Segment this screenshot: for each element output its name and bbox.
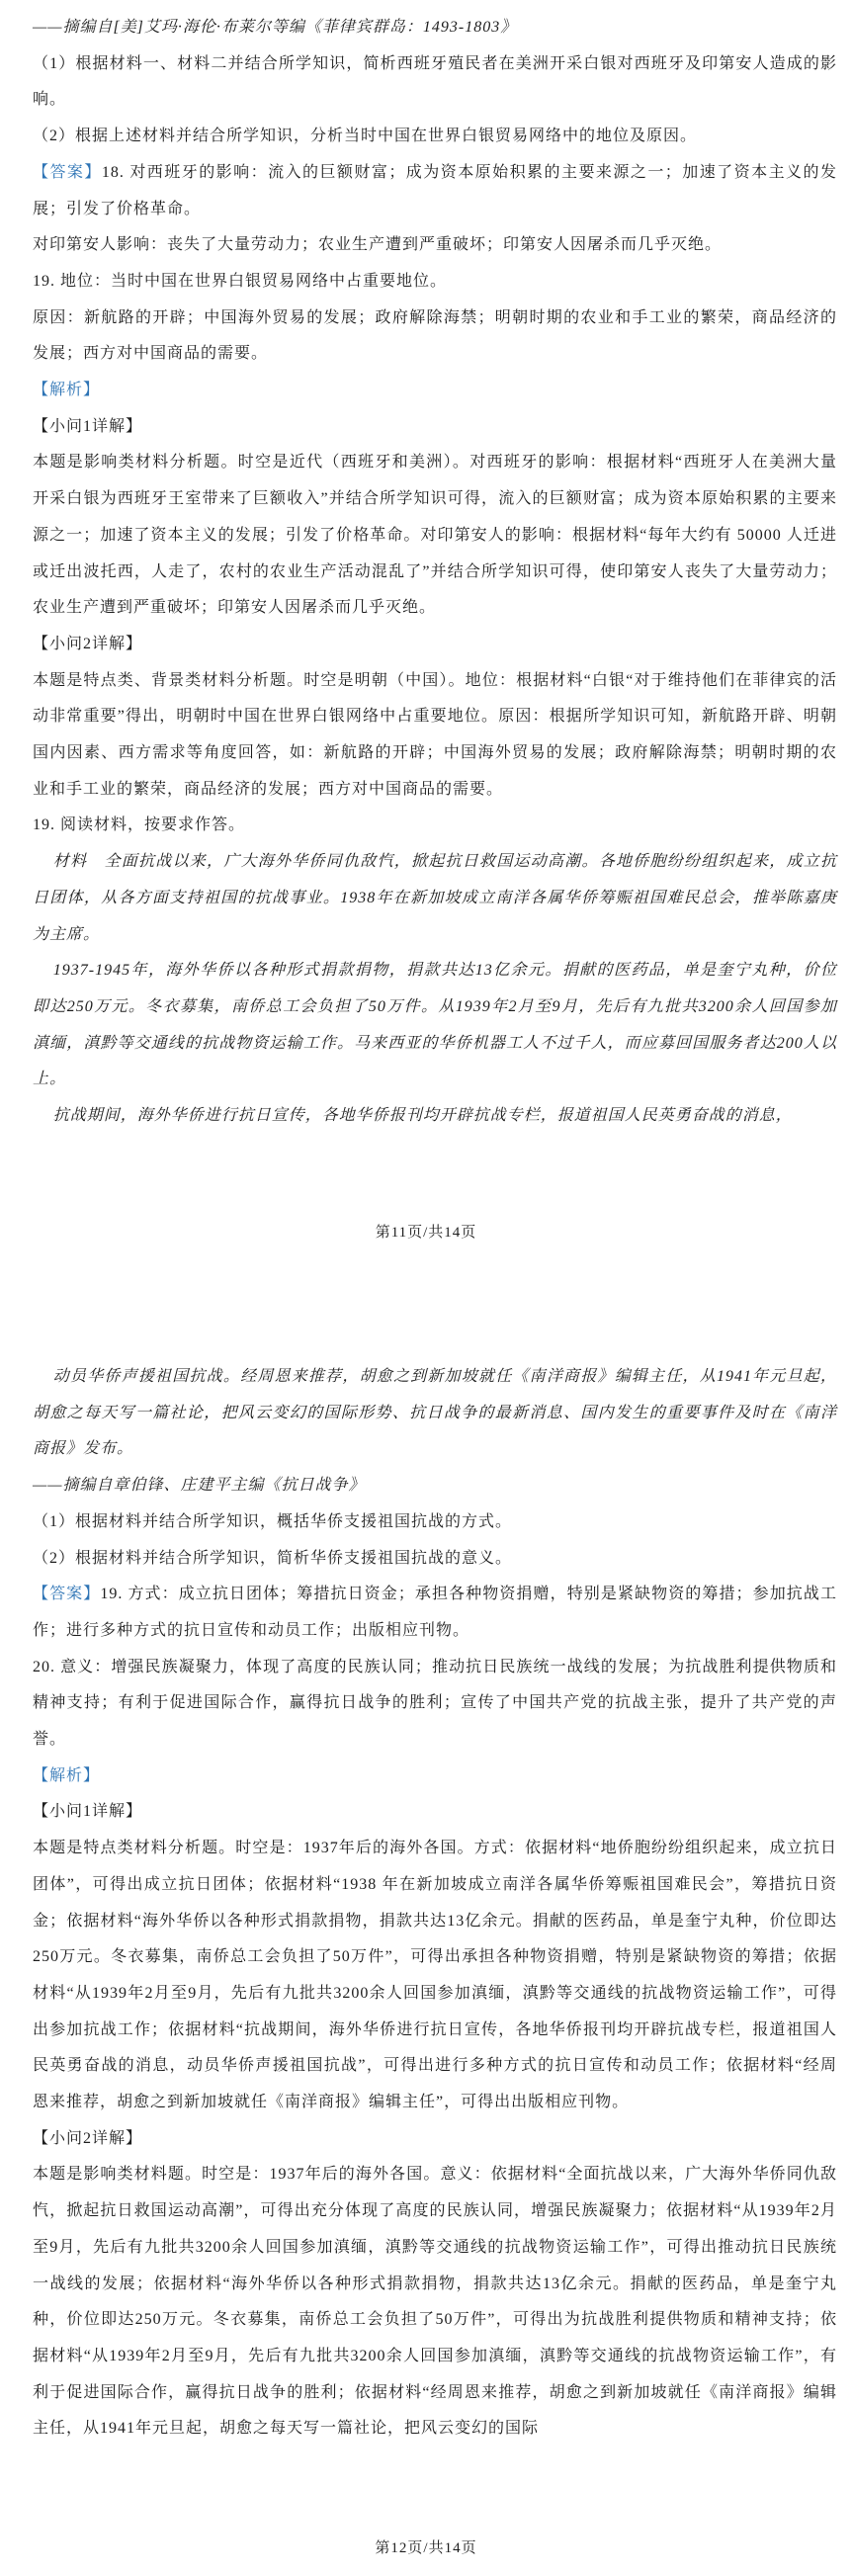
paragraph-text: 本题是特点类、背景类材料分析题。时空是明朝（中国）。地位：根据材料“白银“对于维… [33, 672, 837, 798]
material-paragraph: 动员华侨声援祖国抗战。经周恩来推荐，胡愈之到新加坡就任《南洋商报》编辑主任，从1… [33, 1359, 837, 1468]
paragraph: 原因：新航路的开辟；中国海外贸易的发展；政府解除海禁；明朝时期的农业和手工业的繁… [33, 301, 837, 373]
paragraph-text: 本题是影响类材料分析题。时空是近代（西班牙和美洲）。对西班牙的影响：根据材料“西… [33, 454, 837, 616]
paragraph: 本题是影响类材料题。时空是：1937年后的海外各国。意义：依据材料“全面抗战以来… [33, 2157, 837, 2447]
paragraph: 本题是特点类材料分析题。时空是：1937年后的海外各国。方式：依据材料“地侨胞纷… [33, 1831, 837, 2121]
paragraph-text: （1）根据材料一、材料二并结合所学知识，简析西班牙殖民者在美洲开采白银对西班牙及… [33, 55, 837, 109]
paragraph-text: 对印第安人影响：丧失了大量劳动力；农业生产遭到严重破坏；印第安人因屠杀而几乎灭绝… [33, 236, 722, 253]
paragraph-text: ——摘编自[美]艾玛·海伦·布莱尔等编《菲律宾群岛：1493-1803》 [33, 19, 517, 36]
paragraph: 【小问1详解】 [33, 1794, 837, 1831]
paragraph-text: 原因：新航路的开辟；中国海外贸易的发展；政府解除海禁；明朝时期的农业和手工业的繁… [33, 309, 837, 363]
answer-paragraph: 【答案】19. 方式：成立抗日团体；筹措抗日资金；承担各种物资捐赠，特别是紧缺物… [33, 1577, 837, 1649]
paragraph-text: 19. 方式：成立抗日团体；筹措抗日资金；承担各种物资捐赠，特别是紧缺物资的筹措… [33, 1586, 837, 1639]
bracket-label: 【解析】 [33, 1767, 100, 1784]
paragraph-text: 【小问2详解】 [33, 636, 142, 652]
bracket-label: 【答案】 [33, 1586, 100, 1602]
paragraph: 【小问2详解】 [33, 627, 837, 663]
paragraph-text: （2）根据上述材料并结合所学知识，分析当时中国在世界白银贸易网络中的地位及原因。 [33, 128, 697, 144]
paragraph: 本题是特点类、背景类材料分析题。时空是明朝（中国）。地位：根据材料“白银“对于维… [33, 663, 837, 809]
paragraph: 本题是影响类材料分析题。时空是近代（西班牙和美洲）。对西班牙的影响：根据材料“西… [33, 445, 837, 627]
material-paragraph: 1937-1945年，海外华侨以各种形式捐款捐物，捐款共达13亿余元。捐献的医药… [33, 953, 837, 1098]
page-content: ——摘编自[美]艾玛·海伦·布莱尔等编《菲律宾群岛：1493-1803》（1）根… [0, 0, 852, 1135]
paragraph-text: （2）根据材料并结合所学知识，简析华侨支援祖国抗战的意义。 [33, 1550, 512, 1567]
analysis-label-paragraph: 【解析】 [33, 373, 837, 409]
paragraph: 19. 阅读材料，按要求作答。 [33, 808, 837, 844]
source-attribution: ——摘编自[美]艾玛·海伦·布莱尔等编《菲律宾群岛：1493-1803》 [33, 10, 837, 46]
paragraph-text: 【小问1详解】 [33, 1803, 142, 1820]
question-item: （2）根据材料并结合所学知识，简析华侨支援祖国抗战的意义。 [33, 1541, 837, 1578]
material-paragraph: 抗战期间，海外华侨进行抗日宣传，各地华侨报刊均开辟抗战专栏，报道祖国人民英勇奋战… [33, 1098, 837, 1135]
bracket-label: 【解析】 [33, 382, 100, 398]
answer-paragraph: 【答案】18. 对西班牙的影响：流入的巨额财富；成为资本原始积累的主要来源之一；… [33, 155, 837, 227]
bracket-label: 【答案】 [33, 164, 102, 181]
paragraph-text: 20. 意义：增强民族凝聚力，体现了高度的民族认同；推动抗日民族统一战线的发展；… [33, 1659, 837, 1748]
paragraph-text: 动员华侨声援祖国抗战。经周恩来推荐，胡愈之到新加坡就任《南洋商报》编辑主任，从1… [33, 1368, 837, 1457]
paragraph-text: ——摘编自章伯锋、庄建平主编《抗日战争》 [33, 1477, 365, 1494]
question-item: （2）根据上述材料并结合所学知识，分析当时中国在世界白银贸易网络中的地位及原因。 [33, 119, 837, 155]
page-content: 动员华侨声援祖国抗战。经周恩来推荐，胡愈之到新加坡就任《南洋商报》编辑主任，从1… [0, 1288, 852, 2447]
paragraph: 对印第安人影响：丧失了大量劳动力；农业生产遭到严重破坏；印第安人因屠杀而几乎灭绝… [33, 227, 837, 264]
analysis-label-paragraph: 【解析】 [33, 1759, 837, 1795]
material-paragraph: 材料 全面抗战以来，广大海外华侨同仇敌忾，掀起抗日救国运动高潮。各地侨胞纷纷组织… [33, 844, 837, 953]
paragraph-text: 本题是特点类材料分析题。时空是：1937年后的海外各国。方式：依据材料“地侨胞纷… [33, 1840, 837, 2110]
paragraph-text: 抗战期间，海外华侨进行抗日宣传，各地华侨报刊均开辟抗战专栏，报道祖国人民英勇奋战… [53, 1107, 793, 1124]
page-footer: 第12页/共14页 [0, 2538, 852, 2576]
paragraph: 【小问2详解】 [33, 2121, 837, 2158]
question-item: （1）根据材料一、材料二并结合所学知识，简析西班牙殖民者在美洲开采白银对西班牙及… [33, 46, 837, 119]
paragraph-text: 19. 地位：当时中国在世界白银贸易网络中占重要地位。 [33, 273, 447, 290]
paragraph: 【小问1详解】 [33, 409, 837, 446]
question-item: （1）根据材料并结合所学知识，概括华侨支援祖国抗战的方式。 [33, 1504, 837, 1541]
paragraph-text: 1937-1945年，海外华侨以各种形式捐款捐物，捐款共达13亿余元。捐献的医药… [33, 962, 837, 1087]
source-attribution: ——摘编自章伯锋、庄建平主编《抗日战争》 [33, 1468, 837, 1504]
paragraph-text: 19. 阅读材料，按要求作答。 [33, 816, 245, 833]
paragraph-text: 【小问1详解】 [33, 418, 142, 435]
paragraph-text: 材料 全面抗战以来，广大海外华侨同仇敌忾，掀起抗日救国运动高潮。各地侨胞纷纷组织… [33, 853, 837, 942]
paragraph-text: 【小问2详解】 [33, 2130, 142, 2147]
page-11: ——摘编自[美]艾玛·海伦·布莱尔等编《菲律宾群岛：1493-1803》（1）根… [0, 0, 852, 1288]
exam-answer-document: ——摘编自[美]艾玛·海伦·布莱尔等编《菲律宾群岛：1493-1803》（1）根… [0, 0, 852, 2576]
paragraph-text: （1）根据材料并结合所学知识，概括华侨支援祖国抗战的方式。 [33, 1513, 512, 1530]
paragraph-text: 本题是影响类材料题。时空是：1937年后的海外各国。意义：依据材料“全面抗战以来… [33, 2166, 837, 2437]
paragraph-text: 18. 对西班牙的影响：流入的巨额财富；成为资本原始积累的主要来源之一；加速了资… [33, 164, 837, 217]
page-12: 动员华侨声援祖国抗战。经周恩来推荐，胡愈之到新加坡就任《南洋商报》编辑主任，从1… [0, 1288, 852, 2576]
paragraph: 20. 意义：增强民族凝聚力，体现了高度的民族认同；推动抗日民族统一战线的发展；… [33, 1650, 837, 1759]
page-footer: 第11页/共14页 [0, 1223, 852, 1288]
paragraph: 19. 地位：当时中国在世界白银贸易网络中占重要地位。 [33, 264, 837, 301]
